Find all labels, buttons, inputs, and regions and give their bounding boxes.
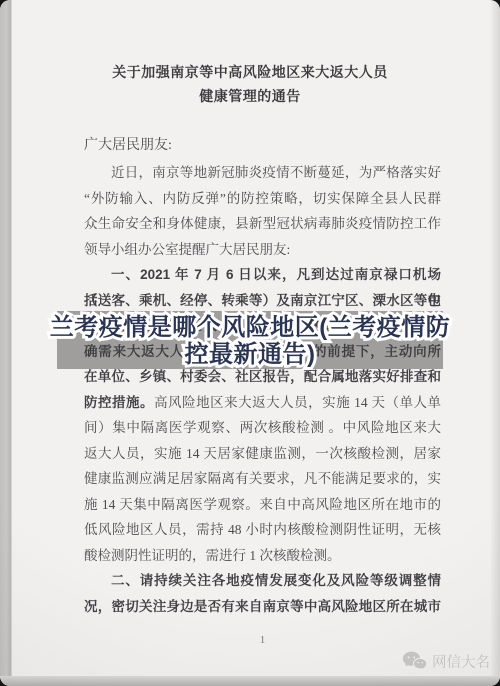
line-segment: 施 14 天集中隔离医学观察。来自中高风险地区所在地市的 xyxy=(84,497,441,512)
watermark: 网信大名 xyxy=(402,650,490,672)
document-line: 领导小组办公室提醒广大居民朋友: xyxy=(84,237,441,263)
line-segment: 众生命安全和身体健康，县新型冠状病毒肺炎疫情防控工作 xyxy=(84,216,441,231)
line-segment: 酸检测阴性证明的，需进行 1 次核酸检测。 xyxy=(84,548,341,563)
document-line: 间）集中隔离医学观察、两次核酸检测 。中风险地区来大 xyxy=(84,415,441,441)
line-segment: 近日，南京等地新冠肺炎疫情不断蔓延，为严格落实好 xyxy=(111,165,441,180)
line-segment-bold: 防控措施。 xyxy=(84,395,154,410)
line-segment: “外防输入、内防反弹”的防控策略，切实保障全县人民群 xyxy=(84,191,441,206)
caption-line2: 控最新通告) xyxy=(0,341,500,368)
line-segment: 返大人员，实施 14 天居家健康监测，一次核酸检测，居家 xyxy=(84,446,441,461)
line-segment-bold: 况，密切关注身边是否有来自南京等中高风险地区所在城市 xyxy=(84,599,441,614)
document-line: 健康监测应满足居家隔离有关要求，凡不能满足要求的，实 xyxy=(84,466,441,492)
document-title-line2: 健康管理的通告 xyxy=(0,84,500,108)
wechat-icon xyxy=(402,651,427,671)
line-segment: 领导小组办公室提醒广大居民朋友: xyxy=(84,242,290,257)
document-line: 况，密切关注身边是否有来自南京等中高风险地区所在城市 xyxy=(84,594,441,620)
document-title: 关于加强南京等中高风险地区来大返大人员 健康管理的通告 xyxy=(0,60,500,108)
line-segment: 低风险地区人员，需持 48 小时内核酸检测阴性证明，无核 xyxy=(84,522,441,537)
watermark-label: 网信大名 xyxy=(432,651,490,672)
document-line: 返大人员，实施 14 天居家健康监测，一次核酸检测，居家 xyxy=(84,441,441,467)
line-segment: 健康监测应满足居家隔离有关要求，凡不能满足要求的，实 xyxy=(84,471,441,486)
document-line: “外防输入、内防反弹”的防控策略，切实保障全县人民群 xyxy=(84,186,441,212)
document-title-line1: 关于加强南京等中高风险地区来大返大人员 xyxy=(0,60,500,84)
article-image: 关于加强南京等中高风险地区来大返大人员 健康管理的通告 广大居民朋友: 近日，南… xyxy=(0,0,500,686)
line-segment: 高风险地区来大返大人员，实施 14 天（单人单 xyxy=(154,395,441,410)
line-segment-bold: 二、请持续关注各地疫情发展变化及风险等级调整情 xyxy=(111,573,441,588)
document-line: 括送客、乘机、经停、转乘等）及南京江宁区、溧水区等中 xyxy=(84,288,441,314)
line-segment: 间）集中隔离医学观察、两次核酸检测 。中风险地区来大 xyxy=(84,420,441,435)
caption-line1: 兰考疫情是哪个风险地区(兰考疫情防 xyxy=(0,314,500,341)
paper-bottom-edge xyxy=(0,676,500,686)
document-line: 众生命安全和身体健康，县新型冠状病毒肺炎疫情防控工作 xyxy=(84,211,441,237)
document-lines: 近日，南京等地新冠肺炎疫情不断蔓延，为严格落实好“外防输入、内防反弹”的防控策略… xyxy=(84,160,441,619)
document-line: 一、2021 年 7 月 6 日以来，凡到达过南京禄口机场（包 xyxy=(84,262,441,288)
document-line: 近日，南京等地新冠肺炎疫情不断蔓延，为严格落实好 xyxy=(84,160,441,186)
document-line: 低风险地区人员，需持 48 小时内核酸检测阴性证明，无核 xyxy=(84,517,441,543)
line-segment-bold: 括送客、乘机、经停、转乘等）及南京江宁区、溧水区等中 xyxy=(84,293,441,308)
document-line: 施 14 天集中隔离医学观察。来自中高风险地区所在地市的 xyxy=(84,492,441,518)
document-line: 二、请持续关注各地疫情发展变化及风险等级调整情 xyxy=(84,568,441,594)
document-line: 酸检测阴性证明的，需进行 1 次核酸检测。 xyxy=(84,543,441,569)
document-salutation: 广大居民朋友: xyxy=(84,133,441,158)
caption-fill-layer: 兰考疫情是哪个风险地区(兰考疫情防 控最新通告) xyxy=(0,314,500,368)
document-line: 防控措施。高风险地区来大返大人员，实施 14 天（单人单 xyxy=(84,390,441,416)
line-segment-bold: 在单位、乡镇、村委会、社区报告，配合属地落实好排查和 xyxy=(84,369,441,384)
page-number: 1 xyxy=(84,634,441,646)
document-photo: 关于加强南京等中高风险地区来大返大人员 健康管理的通告 广大居民朋友: 近日，南… xyxy=(0,0,500,686)
